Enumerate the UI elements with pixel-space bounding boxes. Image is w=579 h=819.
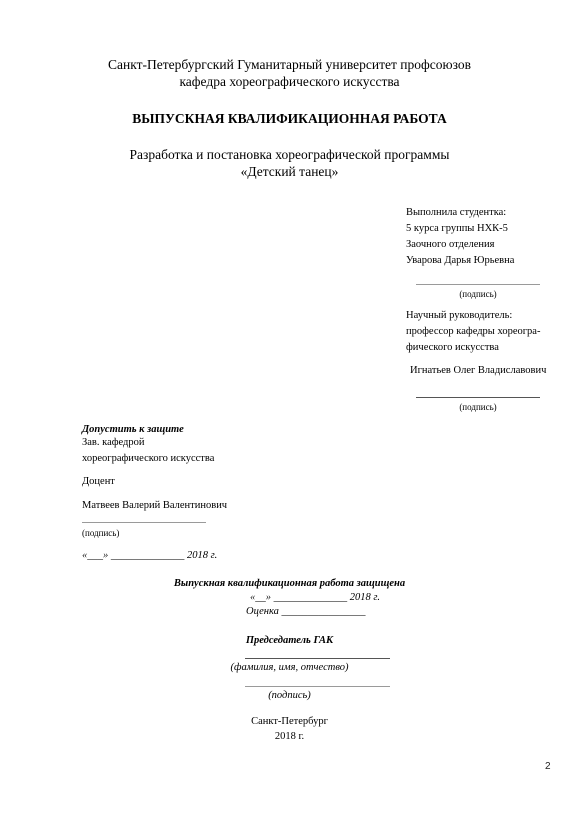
- chair-name-caption: (фамилия, имя, отчество): [0, 660, 579, 676]
- admission-title: Доцент: [82, 474, 115, 490]
- supervisor-signature-caption: (подпись): [416, 401, 540, 413]
- document-title: ВЫПУСКНАЯ КВАЛИФИКАЦИОННАЯ РАБОТА: [0, 110, 579, 127]
- student-course: 5 курса группы НХК-5: [406, 221, 508, 237]
- page-number: 2: [545, 761, 551, 772]
- chair-signature-caption: (подпись): [0, 688, 579, 704]
- admission-signature-line: [82, 522, 206, 523]
- supervisor-signature-line: [416, 397, 540, 398]
- chair-signature-line: [245, 686, 390, 687]
- department-name: кафедра хореографического искусства: [0, 73, 579, 90]
- student-department: Заочного отделения: [406, 237, 495, 253]
- student-name: Уварова Дарья Юрьевна: [406, 253, 514, 269]
- admission-role-2: хореографического искусства: [82, 451, 214, 467]
- topic-line-1: Разработка и постановка хореографической…: [0, 146, 579, 163]
- supervisor-position-2: фического искусства: [406, 340, 499, 356]
- supervisor-label: Научный руководитель:: [406, 308, 512, 324]
- admission-name: Матвеев Валерий Валентинович: [82, 498, 227, 514]
- footer-year: 2018 г.: [0, 729, 579, 745]
- supervisor-position-1: профессор кафедры хореогра-: [406, 324, 540, 340]
- student-signature-caption: (подпись): [416, 288, 540, 300]
- admission-date: «___» ______________ 2018 г.: [82, 548, 217, 564]
- chair-heading: Председатель ГАК: [0, 633, 579, 649]
- student-signature-line: [416, 284, 540, 285]
- footer-city: Санкт-Петербург: [0, 714, 579, 730]
- defense-grade: Оценка ________________: [246, 604, 366, 620]
- admission-signature-caption: (подпись): [82, 527, 119, 539]
- student-label: Выполнила студентка:: [406, 205, 506, 221]
- admission-role-1: Зав. кафедрой: [82, 435, 145, 451]
- university-name: Санкт-Петербургский Гуманитарный универс…: [0, 56, 579, 73]
- topic-line-2: «Детский танец»: [0, 163, 579, 180]
- supervisor-name: Игнатьев Олег Владиславович: [410, 363, 546, 379]
- chair-name-line: [245, 658, 390, 659]
